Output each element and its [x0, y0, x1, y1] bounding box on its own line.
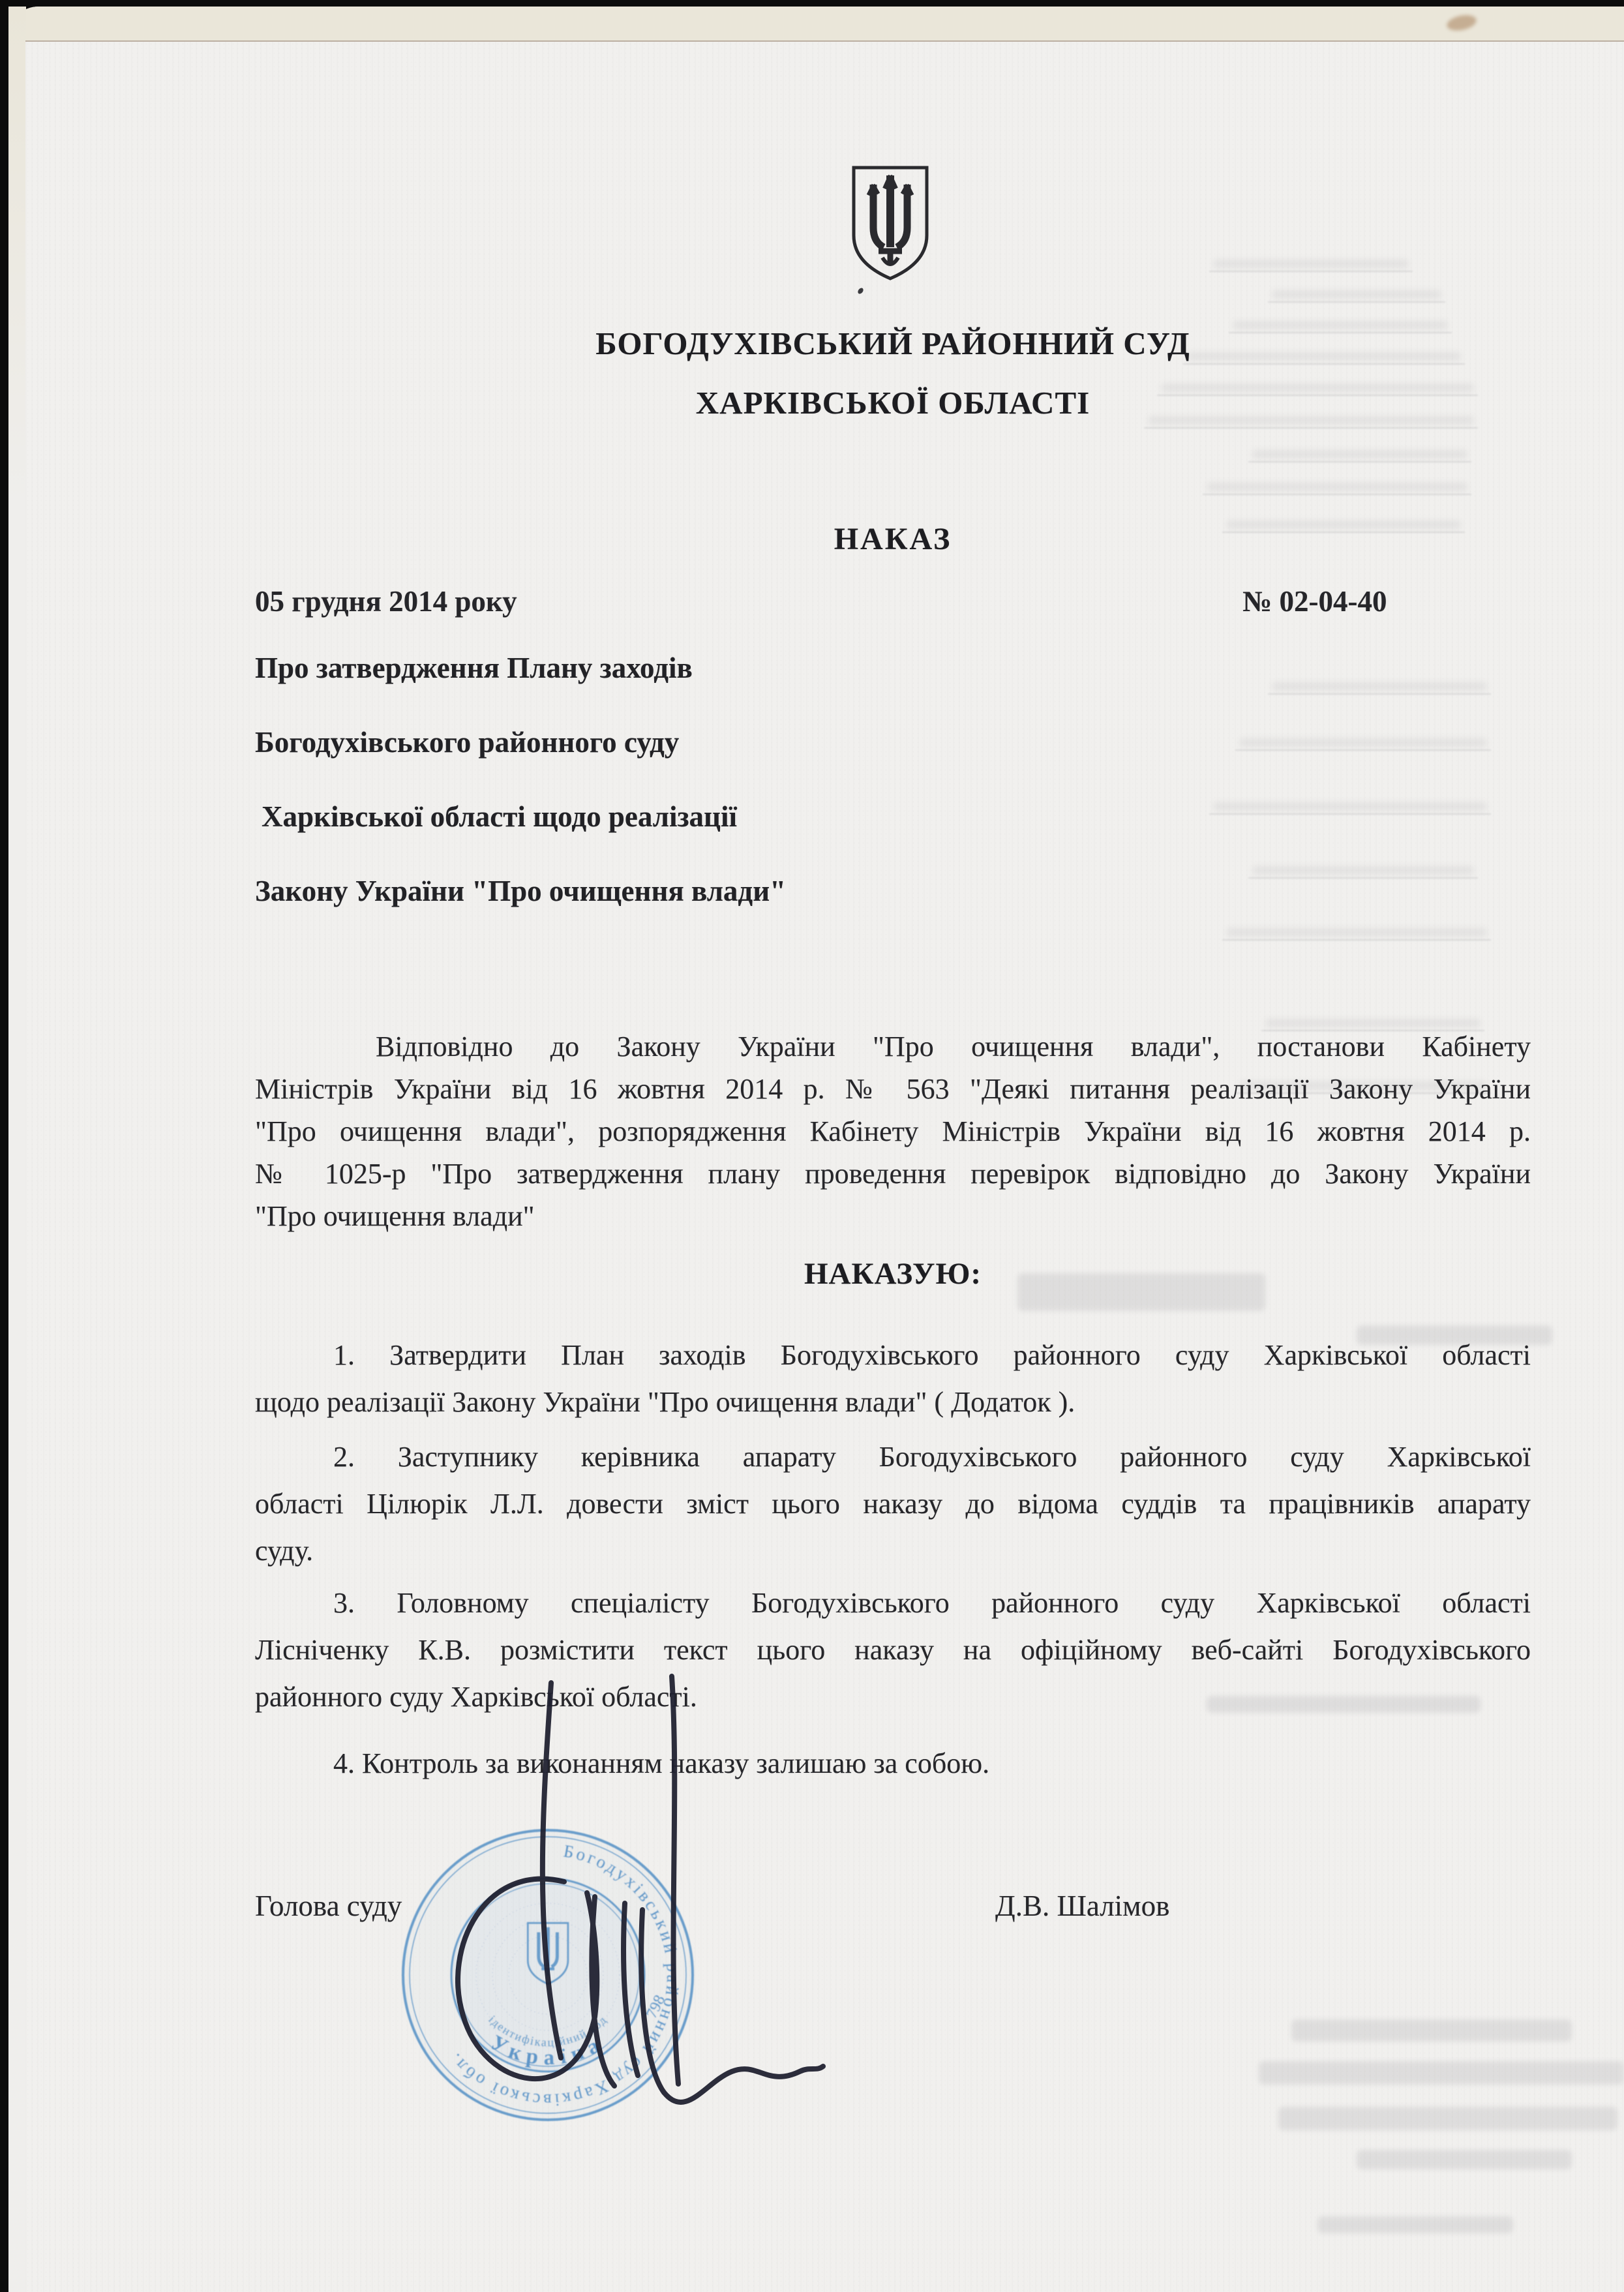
resolution-heading: НАКАЗУЮ: [255, 1256, 1531, 1291]
order-item-line: суду. [255, 1528, 1531, 1575]
court-name-line1: БОГОДУХІВСЬКИЙ РАЙОННИЙ СУД [255, 325, 1531, 362]
order-item-line: 1. Затвердити План заходів Богодухівсько… [255, 1332, 1531, 1379]
paper-top-margin [8, 7, 1624, 40]
paper-left-margin [8, 7, 26, 2292]
bleedthrough-artifact [1213, 260, 1409, 271]
bleedthrough-artifact [1278, 2107, 1617, 2130]
preamble-line: "Про очищення влади" [255, 1195, 1531, 1237]
ukraine-trident-emblem [850, 165, 931, 281]
scanned-document-page: БОГОДУХІВСЬКИЙ РАЙОННИЙ СУД ХАРКІВСЬКОЇ … [0, 0, 1624, 2292]
subject-line-3: Харківської області щодо реалізації [262, 800, 1537, 834]
preamble-line: "Про очищення влади", розпорядження Кабі… [255, 1110, 1531, 1153]
bleedthrough-artifact [1259, 2061, 1624, 2085]
bleedthrough-artifact [1357, 2150, 1572, 2169]
order-item-1: 1. Затвердити План заходів Богодухівсько… [255, 1332, 1531, 1426]
court-name-line2: ХАРКІВСЬКОЇ ОБЛАСТІ [255, 384, 1531, 421]
order-item-2: 2. Заступнику керівника апарату Богодухі… [255, 1434, 1531, 1575]
document-type-heading: НАКАЗ [255, 521, 1531, 557]
bleedthrough-artifact [1252, 450, 1467, 462]
bleedthrough-artifact [1226, 928, 1487, 940]
order-item-line: області Цілюрік Л.Л. довести зміст цього… [255, 1481, 1531, 1528]
bleedthrough-artifact [1272, 290, 1441, 302]
order-item-line: 2. Заступнику керівника апарату Богодухі… [255, 1434, 1531, 1481]
signer-name: Д.В. Шалімов [995, 1889, 1169, 1923]
subject-line-2: Богодухівського районного суду [255, 725, 1531, 759]
subject-line-1: Про затвердження Плану заходів [255, 651, 1531, 685]
subject-line-4: Закону України "Про очищення влади" [255, 874, 1531, 908]
order-item-line: щодо реалізації Закону України "Про очищ… [255, 1379, 1531, 1426]
preamble-line: Міністрів України від 16 жовтня 2014 р. … [255, 1068, 1531, 1110]
order-number: № 02-04-40 [1242, 584, 1387, 618]
bleedthrough-artifact [1291, 2019, 1572, 2042]
preamble-line: Відповідно до Закону України "Про очищен… [255, 1025, 1531, 1068]
bleedthrough-artifact [1207, 483, 1467, 494]
preamble-line: № 1025-р "Про затвердження плану проведе… [255, 1153, 1531, 1195]
bleedthrough-artifact [1317, 2216, 1513, 2233]
preamble-paragraph: Відповідно до Закону України "Про очищен… [255, 1025, 1531, 1237]
handwritten-signature [365, 1585, 874, 2120]
